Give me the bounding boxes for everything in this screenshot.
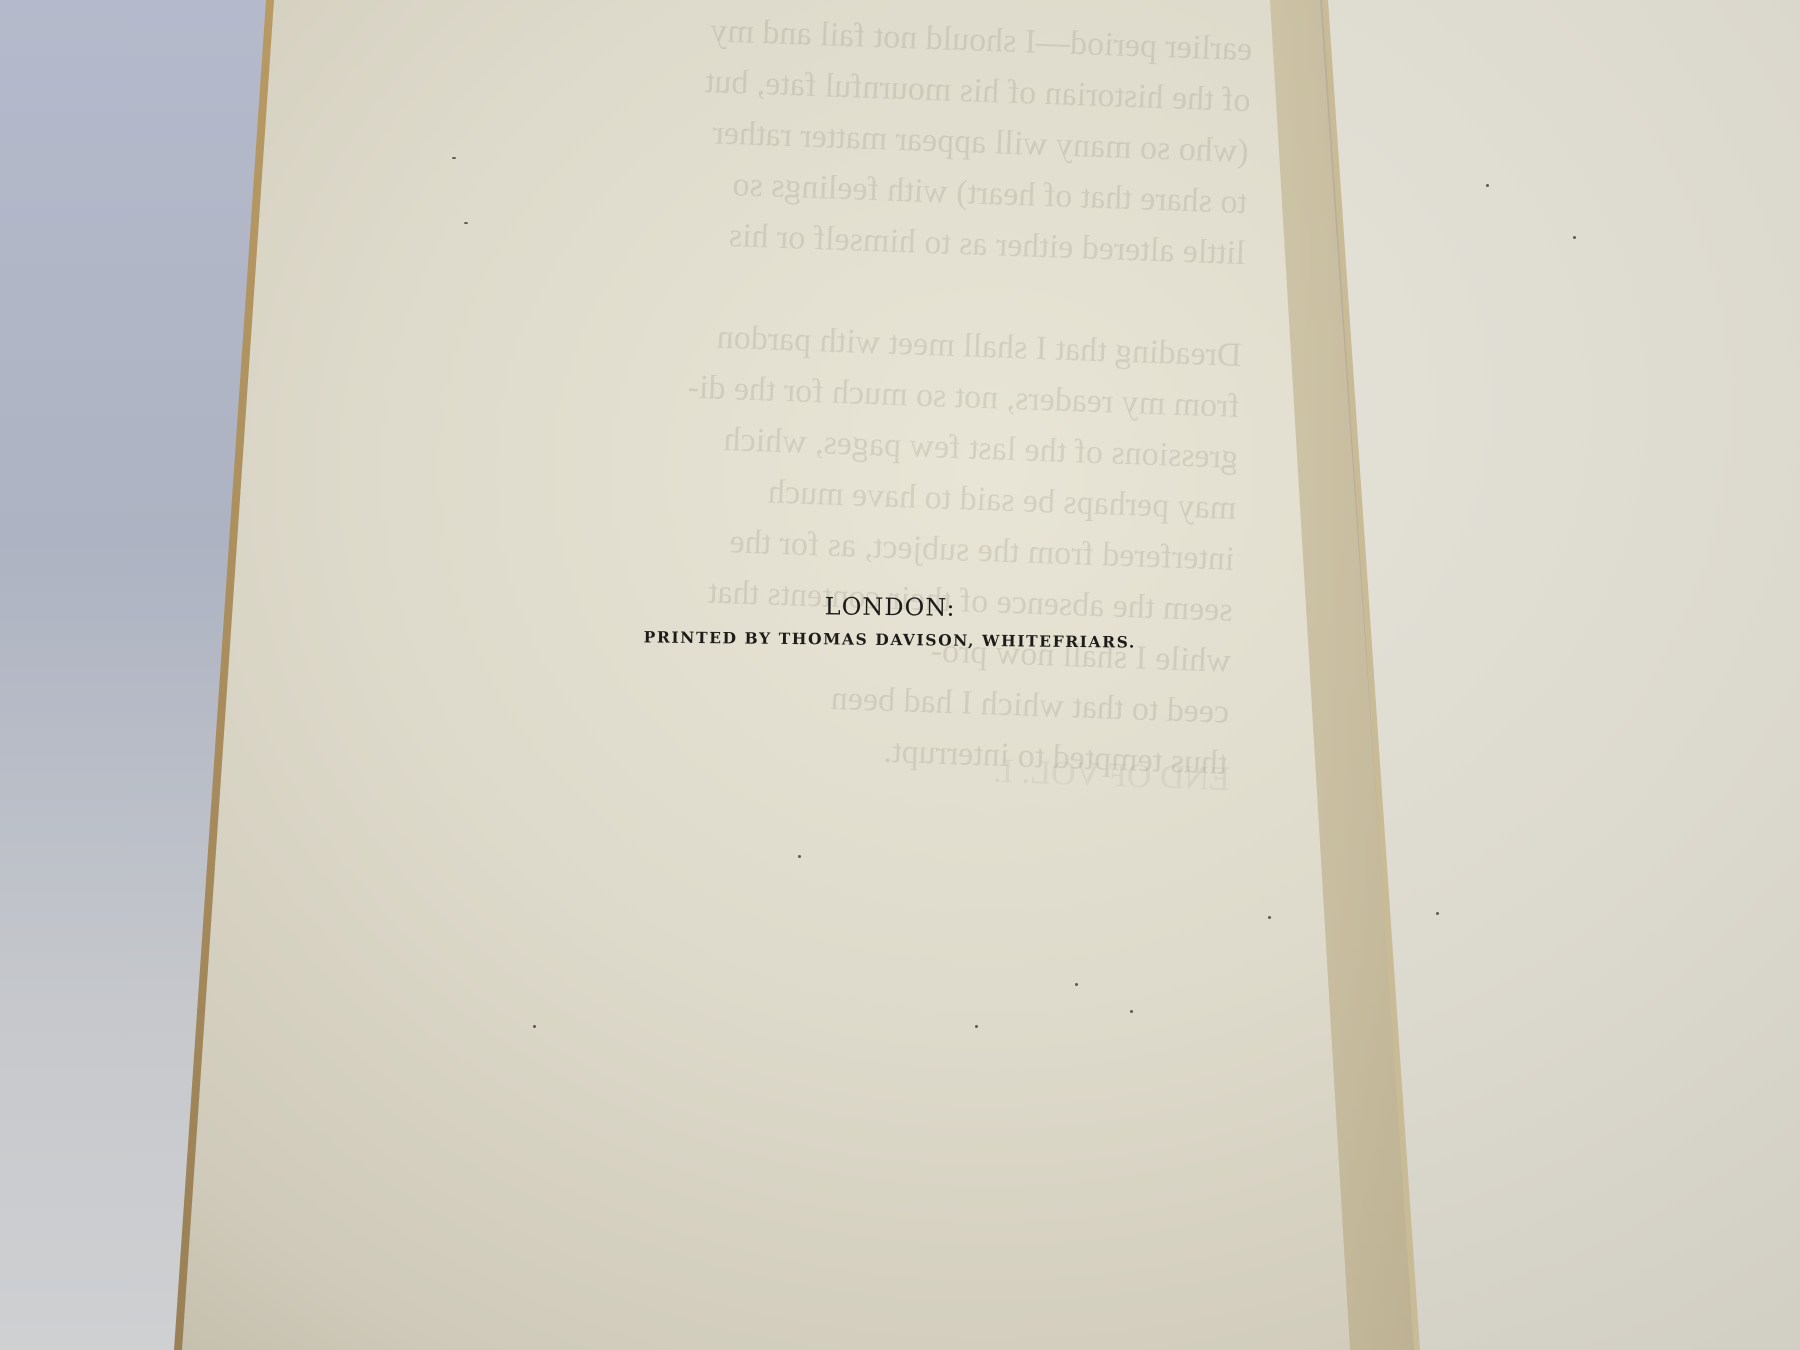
paper-speck: [1268, 916, 1271, 919]
imprint-city: LONDON:: [590, 589, 1190, 625]
paper-speck: [1075, 983, 1078, 986]
printer-imprint: LONDON: PRINTED BY THOMAS DAVISON, WHITE…: [590, 589, 1191, 652]
paper-speck: [1486, 184, 1489, 187]
paper-speck: [452, 157, 456, 159]
book-photo: earlier period—I should not fail and my …: [0, 0, 1800, 1350]
paper-speck: [975, 1025, 978, 1028]
show-through-text: earlier period—I should not fail and my …: [427, 0, 1253, 789]
paper-speck: [798, 855, 801, 858]
paper-speck: [1130, 1010, 1133, 1013]
paper-speck: [1436, 912, 1439, 915]
paper-speck: [1573, 236, 1576, 239]
paper-speck: [533, 1025, 536, 1028]
paper-speck: [464, 222, 468, 224]
